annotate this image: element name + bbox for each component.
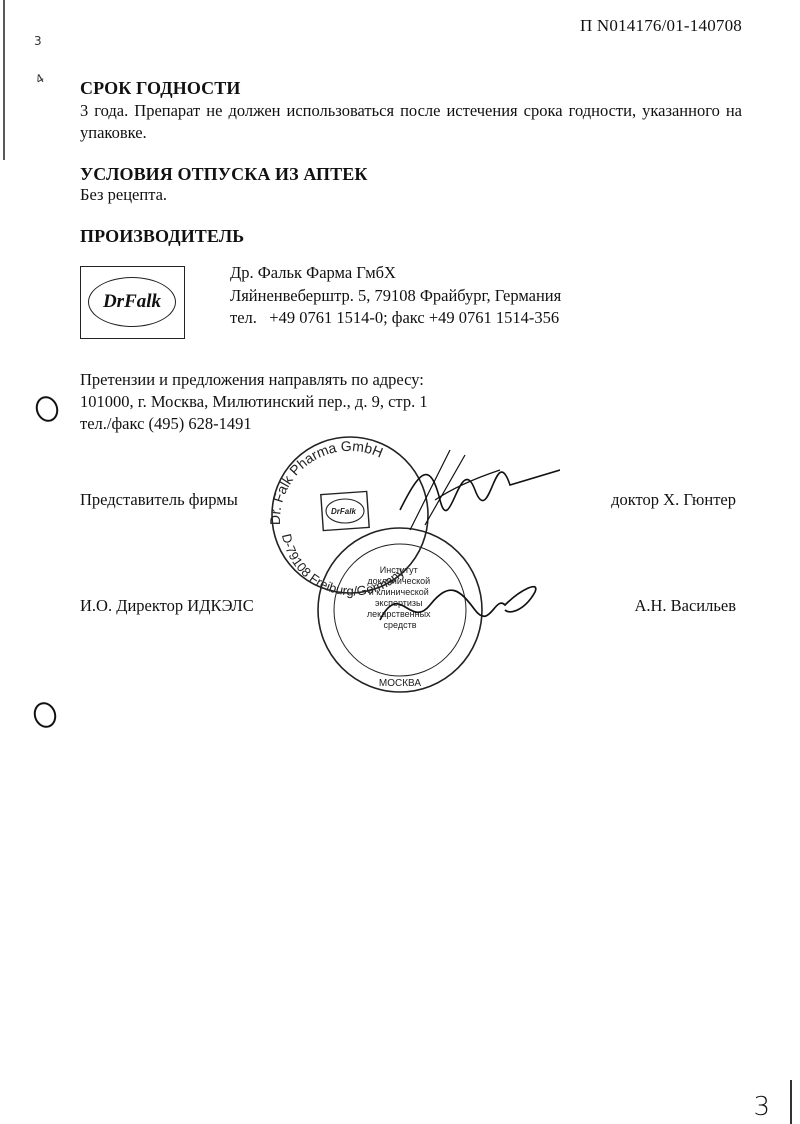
- signature-role-representative: Представитель фирмы: [80, 490, 238, 510]
- shelf-life-text: 3 года. Препарат не должен использоватьс…: [80, 100, 742, 144]
- page-edge-line: [790, 1080, 792, 1124]
- claims-phone: тел./факс (495) 628-1491: [80, 413, 252, 435]
- manufacturer-address: Ляйненвеберштр. 5, 79108 Фрайбург, Герма…: [230, 285, 561, 307]
- punch-hole-mark: [32, 393, 62, 425]
- signature-name-representative: доктор Х. Гюнтер: [611, 490, 736, 510]
- institute-stamp-bottom: МОСКВА: [379, 678, 421, 689]
- page-edge-line: [3, 0, 5, 160]
- section-heading-manufacturer: ПРОИЗВОДИТЕЛЬ: [80, 226, 244, 247]
- claims-line-1: Претензии и предложения направлять по ад…: [80, 369, 424, 391]
- signature-name-director: А.Н. Васильев: [634, 596, 736, 616]
- document-number: П N014176/01-140708: [580, 16, 742, 36]
- manufacturer-logo: DrFalk: [80, 266, 185, 339]
- logo-oval: DrFalk: [88, 277, 176, 327]
- claims-address: 101000, г. Москва, Милютинский пер., д. …: [80, 391, 428, 413]
- falk-stamp-logo: DrFalk: [331, 507, 356, 516]
- section-heading-shelf-life: СРОК ГОДНОСТИ: [80, 78, 240, 99]
- stamps-and-signatures: DrFalk Dr. Falk Pharma GmbH D-79108 Frei…: [260, 430, 560, 700]
- section-heading-dispensing: УСЛОВИЯ ОТПУСКА ИЗ АПТЕК: [80, 164, 367, 185]
- manufacturer-contacts: тел. +49 0761 1514-0; факс +49 0761 1514…: [230, 307, 559, 329]
- margin-mark: 4: [33, 71, 47, 87]
- svg-text:Институт доклинической: Институт доклинической и клинической экс…: [367, 565, 433, 630]
- dispensing-text: Без рецепта.: [80, 184, 167, 206]
- margin-mark: 3: [34, 34, 42, 48]
- page-number: 3: [753, 1092, 770, 1122]
- signature-role-director: И.О. Директор ИДКЭЛС: [80, 596, 254, 616]
- manufacturer-name: Др. Фальк Фарма ГмбХ: [230, 262, 396, 284]
- punch-hole-mark: [30, 699, 60, 731]
